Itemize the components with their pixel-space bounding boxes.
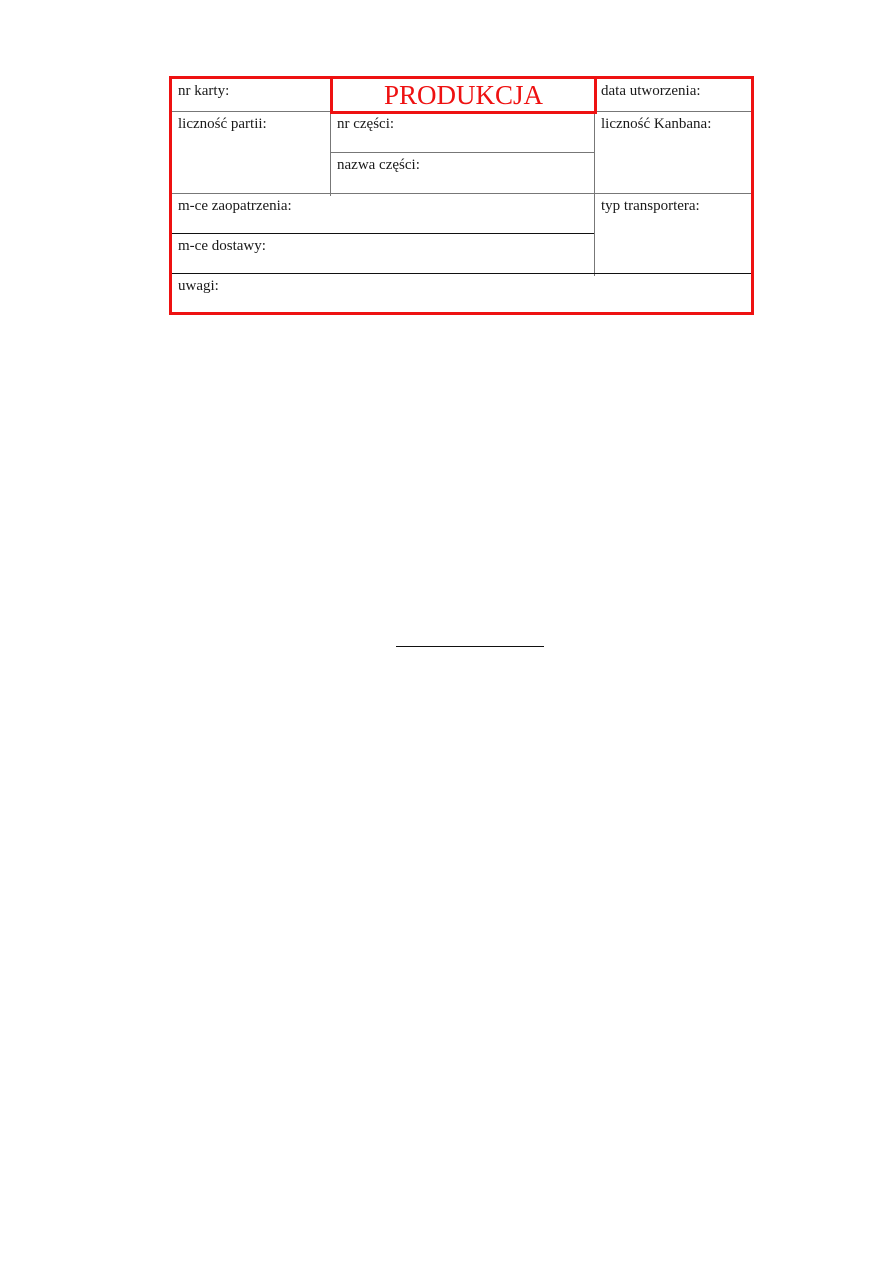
field-creation-date: data utworzenia: [595, 79, 701, 100]
field-kanban-quantity: liczność Kanbana: [595, 112, 711, 133]
field-supply-location: m-ce zaopatrzenia: [172, 194, 292, 215]
field-part-number: nr części: [331, 112, 394, 133]
separator-line [396, 646, 544, 647]
field-transporter-type: typ transportera: [595, 194, 700, 215]
field-card-number: nr karty: [172, 79, 229, 100]
field-batch-quantity: liczność partii: [172, 112, 267, 133]
field-delivery-location: m-ce dostawy: [172, 234, 266, 255]
field-part-name: nazwa części: [331, 153, 420, 174]
field-remarks: uwagi: [172, 274, 219, 295]
divider [172, 273, 751, 274]
kanban-card: PRODUKCJA nr karty: data utworzenia: lic… [169, 76, 754, 315]
card-title: PRODUKCJA [330, 76, 597, 114]
